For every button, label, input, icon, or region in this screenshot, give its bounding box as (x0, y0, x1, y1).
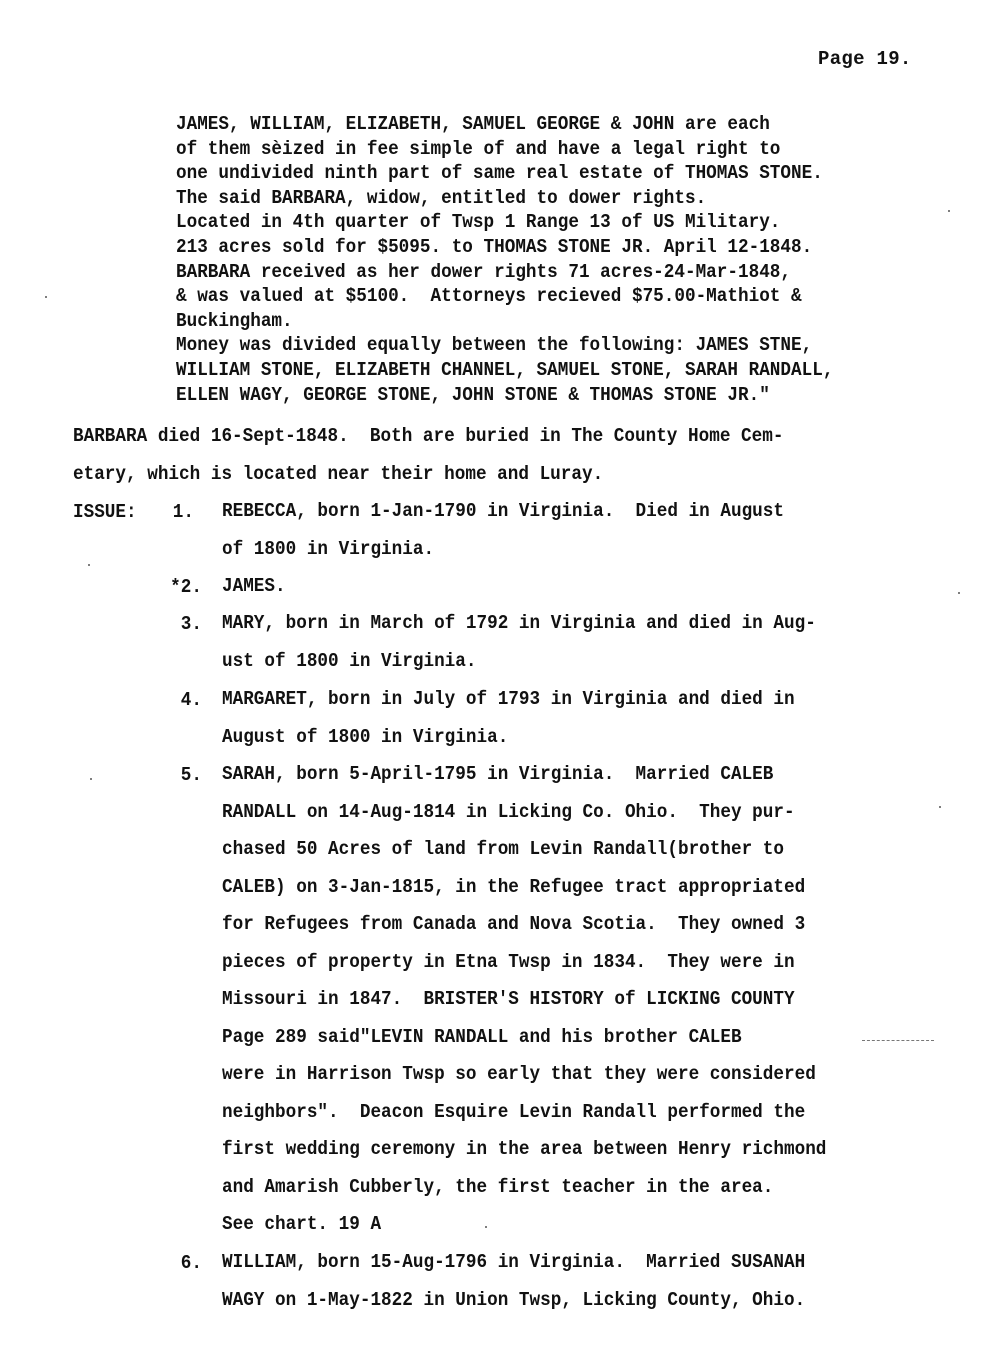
issue-item-5: SARAH, born 5-April-1795 in Virginia. Ma… (222, 756, 982, 1244)
issue-label: ISSUE: (73, 501, 137, 523)
item-line: ust of 1800 in Virginia. (222, 643, 929, 681)
dashed-mark (862, 1040, 934, 1041)
scan-speck (88, 564, 90, 566)
scan-speck (939, 806, 941, 808)
item-line: of 1800 in Virginia. (222, 531, 929, 569)
quote-line: of them sèized in fee simple of and have… (176, 137, 920, 162)
issue-item-number: 4. (156, 689, 203, 711)
item-line: See chart. 19 A (222, 1206, 929, 1244)
item-line: chased 50 Acres of land from Levin Randa… (222, 831, 929, 869)
quote-line: 213 acres sold for $5095. to THOMAS STON… (176, 235, 920, 260)
quote-line: Located in 4th quarter of Twsp 1 Range 1… (176, 210, 920, 235)
paragraph-line: etary, which is located near their home … (73, 456, 910, 494)
issue-item-number: 1. (148, 501, 195, 523)
item-line: neighbors". Deacon Esquire Levin Randall… (222, 1094, 929, 1132)
item-line: were in Harrison Twsp so early that they… (222, 1056, 929, 1094)
item-line: RANDALL on 14-Aug-1814 in Licking Co. Oh… (222, 794, 929, 832)
item-line: August of 1800 in Virginia. (222, 719, 929, 757)
scan-speck (45, 296, 47, 298)
item-line: CALEB) on 3-Jan-1815, in the Refugee tra… (222, 869, 929, 907)
item-line: MARY, born in March of 1792 in Virginia … (222, 605, 929, 643)
quote-line: & was valued at $5100. Attorneys recieve… (176, 284, 920, 309)
page-number: Page 19. (818, 48, 912, 70)
quote-line: Money was divided equally between the fo… (176, 333, 920, 358)
issue-item-number: 3. (156, 613, 203, 635)
paragraph-line: BARBARA died 16-Sept-1848. Both are buri… (73, 418, 910, 456)
issue-item-number: 6. (156, 1252, 203, 1274)
issue-item-1: REBECCA, born 1-Jan-1790 in Virginia. Di… (222, 493, 982, 568)
issue-item-number: *2. (156, 576, 203, 598)
issue-item-3: MARY, born in March of 1792 in Virginia … (222, 605, 982, 680)
issue-item-4: MARGARET, born in July of 1793 in Virgin… (222, 681, 982, 756)
item-line: WAGY on 1-May-1822 in Union Twsp, Lickin… (222, 1282, 929, 1320)
scan-speck (958, 592, 960, 594)
item-line: WILLIAM, born 15-Aug-1796 in Virginia. M… (222, 1244, 929, 1282)
scan-speck (90, 778, 92, 780)
issue-item-2: JAMES. (222, 568, 982, 606)
scan-speck (948, 210, 950, 212)
quote-line: one undivided ninth part of same real es… (176, 161, 920, 186)
item-line: pieces of property in Etna Twsp in 1834.… (222, 944, 929, 982)
quote-line: BARBARA received as her dower rights 71 … (176, 260, 920, 285)
quoted-court-record: JAMES, WILLIAM, ELIZABETH, SAMUEL GEORGE… (176, 112, 976, 407)
issue-item-6: WILLIAM, born 15-Aug-1796 in Virginia. M… (222, 1244, 982, 1319)
issue-item-number: 5. (156, 764, 203, 786)
quote-line: WILLIAM STONE, ELIZABETH CHANNEL, SAMUEL… (176, 358, 920, 383)
quote-line: Buckingham. (176, 309, 920, 334)
death-paragraph: BARBARA died 16-Sept-1848. Both are buri… (73, 418, 973, 493)
scan-speck (485, 1226, 487, 1228)
quote-line: JAMES, WILLIAM, ELIZABETH, SAMUEL GEORGE… (176, 112, 920, 137)
item-line: first wedding ceremony in the area betwe… (222, 1131, 929, 1169)
item-line: Page 289 said"LEVIN RANDALL and his brot… (222, 1019, 929, 1057)
item-line: Missouri in 1847. BRISTER'S HISTORY of L… (222, 981, 929, 1019)
item-line: SARAH, born 5-April-1795 in Virginia. Ma… (222, 756, 929, 794)
quote-line: The said BARBARA, widow, entitled to dow… (176, 186, 920, 211)
item-line: JAMES. (222, 568, 929, 606)
item-line: and Amarish Cubberly, the first teacher … (222, 1169, 929, 1207)
item-line: REBECCA, born 1-Jan-1790 in Virginia. Di… (222, 493, 929, 531)
quote-line: ELLEN WAGY, GEORGE STONE, JOHN STONE & T… (176, 383, 920, 408)
item-line: for Refugees from Canada and Nova Scotia… (222, 906, 929, 944)
item-line: MARGARET, born in July of 1793 in Virgin… (222, 681, 929, 719)
